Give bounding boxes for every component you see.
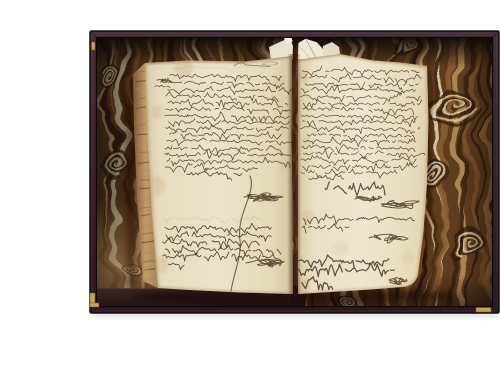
box-interior (50, 26, 500, 340)
manuscript-photo: Photograph of an open early-modern manus… (40, 16, 500, 349)
brass-fitting-bottom-right (476, 308, 491, 313)
interior-shadow-right (464, 38, 492, 306)
photo-canvas: Photograph of an open early-modern manus… (40, 16, 500, 349)
right-page (295, 54, 429, 294)
brass-corner-top-left (92, 42, 96, 50)
gutter-shadow (287, 54, 301, 294)
left-page (145, 56, 293, 294)
